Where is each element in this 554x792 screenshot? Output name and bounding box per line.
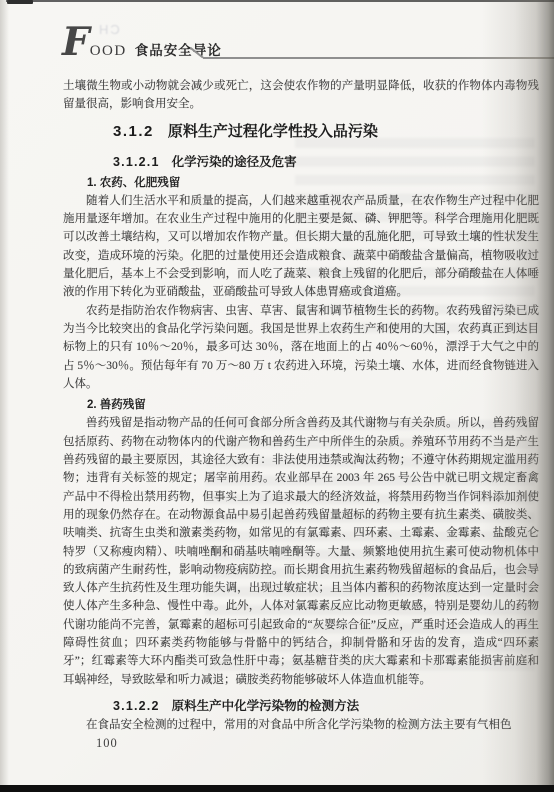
header-rule [203, 57, 554, 59]
section-number: 3.1.2 [113, 123, 154, 140]
item-heading-veterinary-drug: 2. 兽药残留 [87, 396, 539, 414]
food-logo-initial: F [62, 24, 89, 60]
item-heading-pesticide-fertilizer: 1. 农药、化肥残留 [87, 174, 539, 192]
page-body: 土壤微生物或小动物就会减少或死亡，这会使农作物的产量明显降低，收获的作物体内毒物… [63, 77, 539, 734]
paragraph-fertilizer: 随着人们生活水平和质量的提高，人们越来越重视农产品质量，在农作物生产过程中化肥施… [63, 192, 539, 302]
subsection-1-number: 3.1.2.1 [113, 155, 160, 169]
paragraph-detection: 在食品安全检测的过程中，常用的对食品中所含化学污染物的检测方法主要有气相色 [63, 716, 539, 734]
subsection-heading-2: 3.1.2.2原料生产中化学污染物的检测方法 [113, 696, 539, 716]
book-page: CH FOOD 食品安全导论 土壤微生物或小动物就会减少或死亡，这会使农作物的产… [0, 0, 554, 792]
scan-left-edge [0, 0, 9, 785]
food-logo-caps: OOD [90, 43, 127, 60]
subsection-1-title: 化学污染的途径及危害 [172, 155, 297, 169]
subsection-heading-1: 3.1.2.1化学污染的途径及危害 [113, 152, 539, 172]
paragraph-pesticide: 农药是指防治农作物病害、虫害、草害、鼠害和调节植物生长的药物。农药残留污染已成为… [63, 302, 539, 393]
continuation-paragraph: 土壤微生物或小动物就会减少或死亡，这会使农作物的产量明显降低，收获的作物体内毒物… [63, 77, 539, 114]
page-number: 100 [96, 736, 118, 751]
paragraph-veterinary: 兽药残留是指动物产品的任何可食部分所含兽药及其代谢物与有关杂质。所以，兽药残留包… [63, 414, 539, 688]
book-title: 食品安全导论 [135, 39, 222, 59]
scan-top-edge-mark [7, 0, 33, 4]
section-heading: 3.1.2原料生产过程化学性投入品污染 [113, 121, 539, 143]
section-title: 原料生产过程化学性投入品污染 [168, 123, 378, 140]
scan-bottom-edge [0, 785, 554, 792]
subsection-2-number: 3.1.2.2 [113, 699, 160, 713]
subsection-2-title: 原料生产中化学污染物的检测方法 [172, 699, 360, 713]
scan-top-edge [6, 0, 554, 2]
